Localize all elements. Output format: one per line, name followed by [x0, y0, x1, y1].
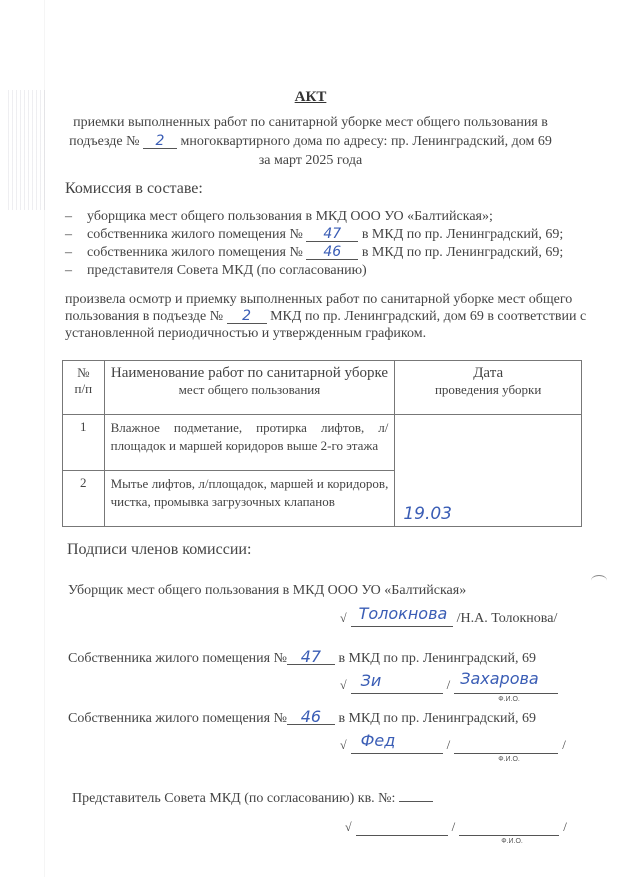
inspection-prefix: пользования в подъезде № [65, 309, 223, 324]
council-signature-row: √ / Ф.И.О. / [345, 818, 567, 836]
checkmark-icon: √ [340, 738, 347, 752]
subtitle-period: за март 2025 года [0, 153, 621, 169]
apartment-number-field[interactable]: 46 [287, 710, 335, 725]
member-suffix: в МКД по пр. Ленинградский, 69; [362, 245, 564, 260]
council-fio-field[interactable]: Ф.И.О. [459, 819, 559, 836]
title-text: АКТ [295, 89, 327, 105]
header-text: Дата [396, 365, 580, 382]
member-prefix: собственника жилого помещения № [87, 227, 303, 242]
list-dash: – [65, 227, 87, 243]
commission-heading: Комиссия в составе: [65, 180, 203, 198]
cleaner-label: Уборщик мест общего пользования в МКД ОО… [68, 583, 466, 599]
works-table: № п/п Наименование работ по санитарной у… [62, 360, 582, 527]
member-text: уборщика мест общего пользования в МКД О… [87, 209, 493, 224]
owner-suffix: в МКД по пр. Ленинградский, 69 [338, 651, 536, 666]
separator-slash: / [452, 819, 456, 834]
fio-label: Ф.И.О. [501, 838, 523, 845]
member-suffix: в МКД по пр. Ленинградский, 69; [362, 227, 564, 242]
subtitle-line-1: приемки выполненных работ по санитарной … [0, 115, 621, 131]
list-dash: – [65, 245, 87, 261]
council-signature-field[interactable] [356, 819, 448, 836]
council-label-row: Представитель Совета МКД (по согласовани… [72, 791, 433, 807]
header-work-name: Наименование работ по санитарной уборке … [104, 361, 395, 415]
document-title: АКТ [0, 89, 621, 106]
owner-prefix: Собственника жилого помещения № [68, 651, 287, 666]
subtitle-prefix: подъезде № [69, 134, 139, 149]
separator-slash: / [447, 737, 451, 752]
header-text: № [64, 365, 103, 381]
page-curl-mark [591, 575, 607, 586]
inspection-line-2: пользования в подъезде № 2 МКД по пр. Ле… [65, 309, 586, 325]
handwritten-signature: Толокнова [359, 604, 448, 623]
header-date: Дата проведения уборки [395, 361, 582, 415]
table-header-row: № п/п Наименование работ по санитарной у… [63, 361, 582, 415]
date-cell[interactable]: 19.03 [395, 415, 582, 527]
commission-member-owner-47: –собственника жилого помещения № 47 в МК… [65, 227, 563, 243]
separator-slash: / [563, 819, 567, 834]
owner-prefix: Собственника жилого помещения № [68, 711, 287, 726]
inspection-line-1: произвела осмотр и приемку выполненных р… [65, 292, 572, 308]
list-dash: – [65, 263, 87, 279]
row-number: 1 [63, 415, 105, 471]
header-text: п/п [64, 381, 103, 397]
entrance-number-field[interactable]: 2 [143, 134, 177, 149]
member-text: представителя Совета МКД (по согласовани… [87, 263, 367, 278]
checkmark-icon: √ [340, 678, 347, 692]
owner-47-signature-row: √ Зи / Захарова Ф.И.О. [340, 676, 558, 694]
checkmark-icon: √ [340, 611, 347, 625]
cleaner-name: /Н.А. Толокнова/ [457, 611, 558, 626]
separator-slash: / [447, 677, 451, 692]
owner-46-signature-row: √ Фед / Ф.И.О. / [340, 736, 566, 754]
owner-46-fio-field[interactable]: Ф.И.О. [454, 737, 558, 754]
handwritten-signature: Зи [361, 671, 382, 690]
cleaner-signature-field[interactable]: Толокнова [351, 610, 453, 627]
header-number: № п/п [63, 361, 105, 415]
row-description: Влажное подметание, протирка лифтов, л/п… [104, 415, 395, 471]
owner-47-label: Собственника жилого помещения №47 в МКД … [68, 650, 536, 667]
row-description: Мытье лифтов, л/площадок, маршей и корид… [104, 471, 395, 527]
subtitle-suffix: многоквартирного дома по адресу: пр. Лен… [180, 134, 551, 149]
apartment-number-field[interactable]: 47 [287, 650, 335, 665]
cleaning-date-value: 19.03 [403, 504, 452, 524]
fio-label: Ф.И.О. [498, 756, 520, 763]
apartment-number-field[interactable]: 47 [306, 227, 358, 242]
header-text: проведения уборки [396, 382, 580, 398]
header-text: Наименование работ по санитарной уборке [106, 365, 394, 382]
owner-47-signature-field[interactable]: Зи [351, 677, 443, 694]
handwritten-name: Захарова [460, 669, 539, 688]
fio-label: Ф.И.О. [498, 696, 520, 703]
subtitle-line-2: подъезде № 2 многоквартирного дома по ад… [0, 134, 621, 150]
member-prefix: собственника жилого помещения № [87, 245, 303, 260]
row-number: 2 [63, 471, 105, 527]
commission-member-owner-46: –собственника жилого помещения № 46 в МК… [65, 245, 563, 261]
owner-46-label: Собственника жилого помещения №46 в МКД … [68, 710, 536, 727]
council-label: Представитель Совета МКД (по согласовани… [72, 791, 395, 806]
signatures-heading: Подписи членов комиссии: [67, 541, 251, 559]
scan-artifact [8, 90, 46, 210]
apartment-number-field[interactable]: 46 [306, 245, 358, 260]
owner-suffix: в МКД по пр. Ленинградский, 69 [338, 711, 536, 726]
council-apartment-field[interactable] [399, 801, 433, 802]
scan-fold-line [44, 0, 45, 877]
owner-46-signature-field[interactable]: Фед [351, 737, 443, 754]
inspection-suffix: МКД по пр. Ленинградский, дом 69 в соотв… [270, 309, 586, 324]
checkmark-icon: √ [345, 820, 352, 834]
inspection-line-3: установленной периодичностью и утвержден… [65, 326, 426, 342]
header-text: мест общего пользования [106, 382, 394, 398]
list-dash: – [65, 209, 87, 225]
commission-member-council: –представителя Совета МКД (по согласован… [65, 263, 367, 279]
handwritten-signature: Фед [361, 731, 396, 750]
cleaner-signature-row: √ Толокнова /Н.А. Толокнова/ [340, 609, 557, 627]
commission-member-cleaner: –уборщика мест общего пользования в МКД … [65, 209, 493, 225]
table-row: 1 Влажное подметание, протирка лифтов, л… [63, 415, 582, 471]
owner-47-fio-field[interactable]: Захарова Ф.И.О. [454, 677, 558, 694]
separator-slash: / [562, 737, 566, 752]
entrance-number-field[interactable]: 2 [227, 309, 267, 324]
